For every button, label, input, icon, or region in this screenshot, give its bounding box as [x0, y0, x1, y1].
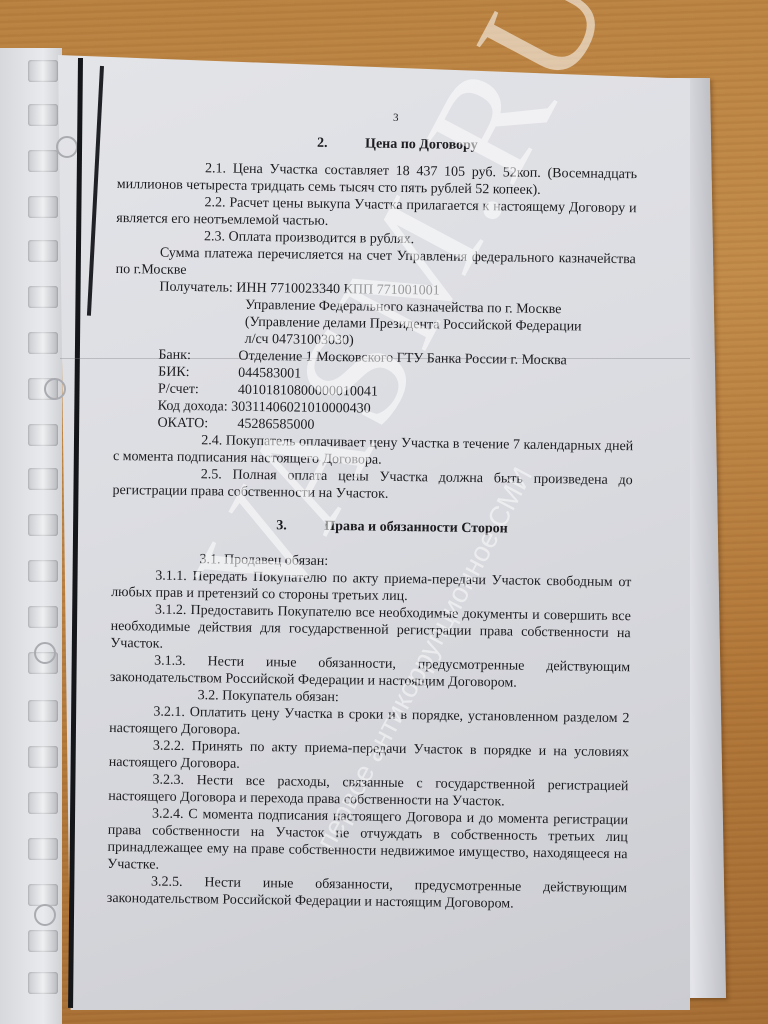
document-text: 3 2.Цена по Договору 2.1. Цена Участка с… — [107, 100, 638, 914]
clause-3-1-2: 3.1.2. Предоставить Покупателю все необх… — [110, 601, 631, 659]
binding-ring — [34, 904, 56, 926]
clause-2-5: 2.5. Полная оплата цены Участка должна б… — [112, 465, 632, 506]
section-title: Права и обязанности Сторон — [324, 519, 508, 537]
section-number: 3. — [276, 517, 324, 535]
binding-ring — [56, 136, 78, 158]
section-3-heading: 3.Права и обязанности Сторон — [152, 516, 632, 540]
page-number: 3 — [154, 107, 638, 132]
clause-3-2-5: 3.2.5. Нести иные обязанности, предусмот… — [107, 873, 627, 914]
binding-ring — [44, 378, 66, 400]
section-number: 2. — [317, 135, 365, 153]
binding-ring — [34, 642, 56, 664]
section-title: Цена по Договору — [365, 136, 478, 153]
section-2-heading: 2.Цена по Договору — [157, 133, 637, 157]
clause-3-2-4: 3.2.4. С момента подписания настоящего Д… — [107, 805, 628, 880]
left-page — [0, 48, 62, 1024]
